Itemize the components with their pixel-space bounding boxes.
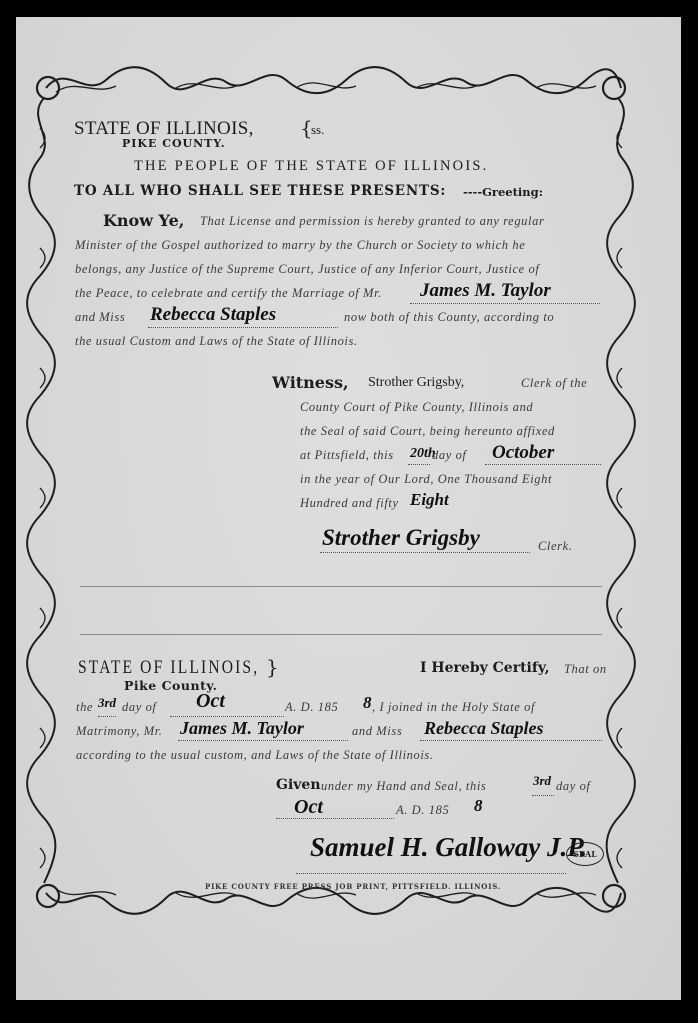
- ss-label: ss.: [311, 122, 324, 138]
- cert-bride-field[interactable]: Rebecca Staples: [424, 718, 543, 739]
- license-county-heading: PIKE COUNTY.: [122, 137, 226, 150]
- cert-groom-field[interactable]: James M. Taylor: [180, 718, 304, 739]
- certify-label: I Hereby Certify,: [420, 660, 550, 676]
- witness-month-field[interactable]: October: [492, 442, 554, 464]
- clerk-signature[interactable]: Strother Grigsby: [322, 525, 480, 551]
- witness-day-of: day of: [432, 448, 467, 463]
- cert-according-line: according to the usual custom, and Laws …: [76, 748, 434, 763]
- officiant-signature[interactable]: Samuel H. Galloway J.P.: [310, 832, 587, 863]
- cert-year-field[interactable]: 8: [363, 693, 372, 713]
- cert-ad-year: A. D. 185: [285, 700, 338, 715]
- cert-and-miss: and Miss: [352, 724, 402, 739]
- witness-line-4: at Pittsfield, this: [300, 448, 394, 463]
- cert-month-field[interactable]: Oct: [196, 690, 225, 713]
- and-miss-label: and Miss: [75, 310, 125, 325]
- separator-rule: [80, 586, 602, 587]
- year-line: in the year of Our Lord, One Thousand Ei…: [300, 472, 552, 487]
- given-day-field[interactable]: 3rd: [533, 773, 551, 789]
- given-day-of: day of: [556, 779, 591, 794]
- license-after-bride: now both of this County, according to: [344, 310, 554, 325]
- witness-line-2: County Court of Pike County, Illinois an…: [300, 400, 533, 415]
- year-written-field[interactable]: Eight: [410, 490, 449, 510]
- people-line: THE PEOPLE OF THE STATE OF ILLINOIS.: [134, 158, 488, 175]
- certify-that: That on: [564, 662, 607, 677]
- license-body-line-1: That License and permission is hereby gr…: [200, 214, 544, 229]
- cert-day-field[interactable]: 3rd: [98, 695, 116, 711]
- witness-name: Strother Grigsby,: [368, 375, 464, 391]
- know-ye-label: Know Ye,: [103, 211, 184, 230]
- witness-line-1: Clerk of the: [521, 376, 587, 391]
- given-text: under my Hand and Seal, this: [321, 779, 486, 794]
- license-body-line-3: belongs, any Justice of the Supreme Cour…: [75, 262, 539, 277]
- cert-joined-text: , I joined in the Holy State of: [372, 700, 535, 715]
- clerk-title: Clerk.: [538, 539, 573, 554]
- printer-line: PIKE COUNTY FREE PRESS JOB PRINT, PITTSF…: [205, 882, 501, 891]
- bride-name-field[interactable]: Rebecca Staples: [150, 304, 276, 326]
- hundred-and-label: Hundred and fifty: [300, 496, 399, 511]
- license-body-line-4: the Peace, to celebrate and certify the …: [75, 286, 382, 301]
- given-month-field[interactable]: Oct: [294, 796, 323, 819]
- cert-the: the: [76, 700, 93, 715]
- witness-label: Witness,: [272, 373, 349, 392]
- groom-name-field[interactable]: James M. Taylor: [420, 280, 551, 302]
- license-body-line-2: Minister of the Gospel authorized to mar…: [75, 238, 525, 253]
- given-year-field[interactable]: 8: [474, 796, 483, 816]
- given-ad: A. D. 185: [396, 803, 449, 818]
- separator-rule: [80, 634, 602, 635]
- to-all-line: TO ALL WHO SHALL SEE THESE PRESENTS:: [74, 183, 446, 199]
- cert-matrimony: Matrimony, Mr.: [76, 724, 163, 739]
- certificate-state-heading: STATE OF ILLINOIS,: [78, 657, 259, 679]
- license-body-last-line: the usual Custom and Laws of the State o…: [75, 334, 358, 349]
- witness-line-3: the Seal of said Court, being hereunto a…: [300, 424, 555, 439]
- greeting-label: ----Greeting:: [463, 185, 543, 199]
- seal-stamp: SEAL: [566, 842, 604, 866]
- cert-day-of: day of: [122, 700, 157, 715]
- given-label: Given: [276, 777, 321, 793]
- brace-icon: }: [266, 655, 279, 679]
